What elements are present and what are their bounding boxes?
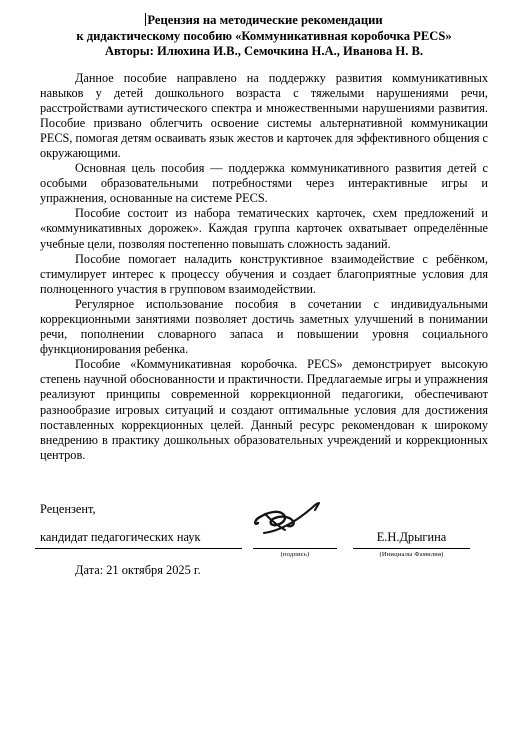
title-line-2: к дидактическому пособию «Коммуникативна… — [40, 29, 488, 45]
document-content: Рецензия на методические рекомендации к … — [40, 13, 488, 463]
date-line: Дата: 21 октября 2025 г. — [75, 563, 201, 578]
reviewer-name-field: Е.Н.Дрыгина — [353, 530, 470, 549]
reviewer-degree-field: кандидат педагогических наук — [35, 530, 242, 549]
signature-line — [253, 530, 337, 549]
title-line-3: Авторы: Илюхина И.В., Семочкина Н.А., Ив… — [40, 44, 488, 60]
paragraph-4: Пособие помогает наладить конструктивное… — [40, 252, 488, 297]
paragraph-5: Регулярное использование пособия в сочет… — [40, 297, 488, 357]
paragraph-1: Данное пособие направлено на поддержку р… — [40, 71, 488, 162]
document-title: Рецензия на методические рекомендации к … — [40, 13, 488, 60]
document-body: Данное пособие направлено на поддержку р… — [40, 71, 488, 463]
title-line-1: Рецензия на методические рекомендации — [40, 13, 488, 29]
document-page[interactable]: Рецензия на методические рекомендации к … — [0, 0, 528, 742]
paragraph-2: Основная цель пособия — поддержка коммун… — [40, 161, 488, 206]
paragraph-3: Пособие состоит из набора тематических к… — [40, 206, 488, 251]
reviewer-label: Рецензент, — [40, 502, 96, 517]
name-line-caption: (Инициалы Фамилия) — [353, 551, 470, 558]
title-line-1-text: Рецензия на методические рекомендации — [147, 13, 382, 27]
signature-line-caption: (подпись) — [253, 551, 337, 558]
paragraph-6: Пособие «Коммуникативная коробочка. PECS… — [40, 357, 488, 463]
